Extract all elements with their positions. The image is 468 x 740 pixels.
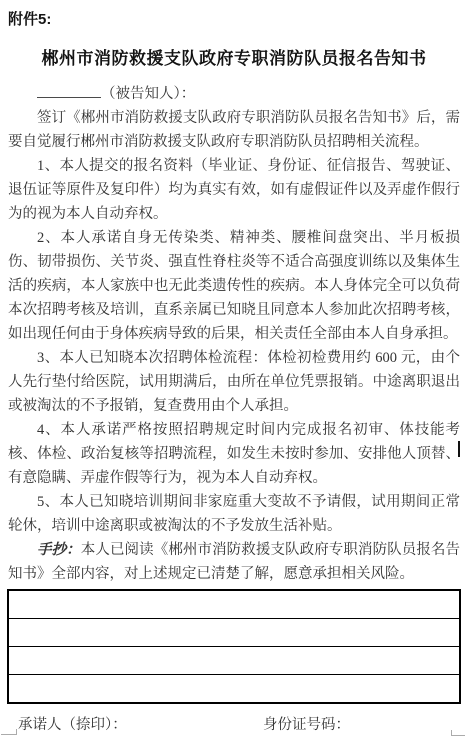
text-cursor-caret — [458, 441, 460, 457]
salutation-label: （被告知人）： — [101, 86, 195, 102]
item-4-paragraph: 4、本人承诺严格按照招聘规定时间内完成报名初审、体技能考核、体检、政治复核等招聘… — [8, 418, 460, 490]
promiser-seal-label: 承诺人（捺印）： — [18, 713, 127, 734]
table-handle-mark-left — [1, 729, 17, 735]
signature-table-row — [8, 647, 460, 675]
signature-table-row — [8, 590, 460, 619]
signature-table-cell[interactable] — [8, 647, 460, 675]
document-page: 附件5: 郴州市消防救援支队政府专职消防队员报名告知书 （被告知人）： 签订《郴… — [0, 0, 468, 704]
signature-table-cell[interactable] — [8, 675, 460, 704]
salutation-line: （被告知人）： — [8, 82, 460, 106]
signature-table-row — [8, 619, 460, 647]
item-5-paragraph: 5、本人已知晓培训期间非家庭重大变故不予请假，试用期间正常轮休，培训中途离职或被… — [8, 490, 460, 538]
signature-table-cell[interactable] — [8, 590, 460, 619]
intro-paragraph: 签订《郴州市消防救援支队政府专职消防队员报名告知书》后，需要自觉履行郴州市消防救… — [8, 106, 460, 154]
handwrite-label: 手抄： — [37, 542, 81, 558]
id-number-label: 身份证号码： — [263, 713, 350, 734]
item-3-paragraph: 3、本人已知晓本次招聘体检流程：体检初检费用约 600 元，由个人先行垫付给医院… — [8, 346, 460, 418]
item-2-paragraph: 2、本人承诺自身无传染类、精神类、腰椎间盘突出、半月板损伤、韧带损伤、关节炎、强… — [8, 226, 460, 346]
table-handle-mark-right — [451, 730, 465, 736]
attachment-label: 附件5: — [8, 0, 460, 29]
document-title: 郴州市消防救援支队政府专职消防队员报名告知书 — [8, 44, 460, 69]
handwrite-signature-table — [7, 589, 461, 704]
handwrite-paragraph: 手抄：本人已阅读《郴州市消防救援支队政府专职消防队员报名告知书》全部内容，对上述… — [8, 538, 460, 586]
item-1-paragraph: 1、本人提交的报名资料（毕业证、身份证、征信报告、驾驶证、退伍证等原件及复印件）… — [8, 154, 460, 226]
signature-table-cell[interactable] — [8, 619, 460, 647]
signature-table-row — [8, 675, 460, 704]
notified-person-blank-field[interactable] — [37, 83, 101, 98]
signature-footer: 承诺人（捺印）： 身份证号码： — [0, 713, 468, 735]
